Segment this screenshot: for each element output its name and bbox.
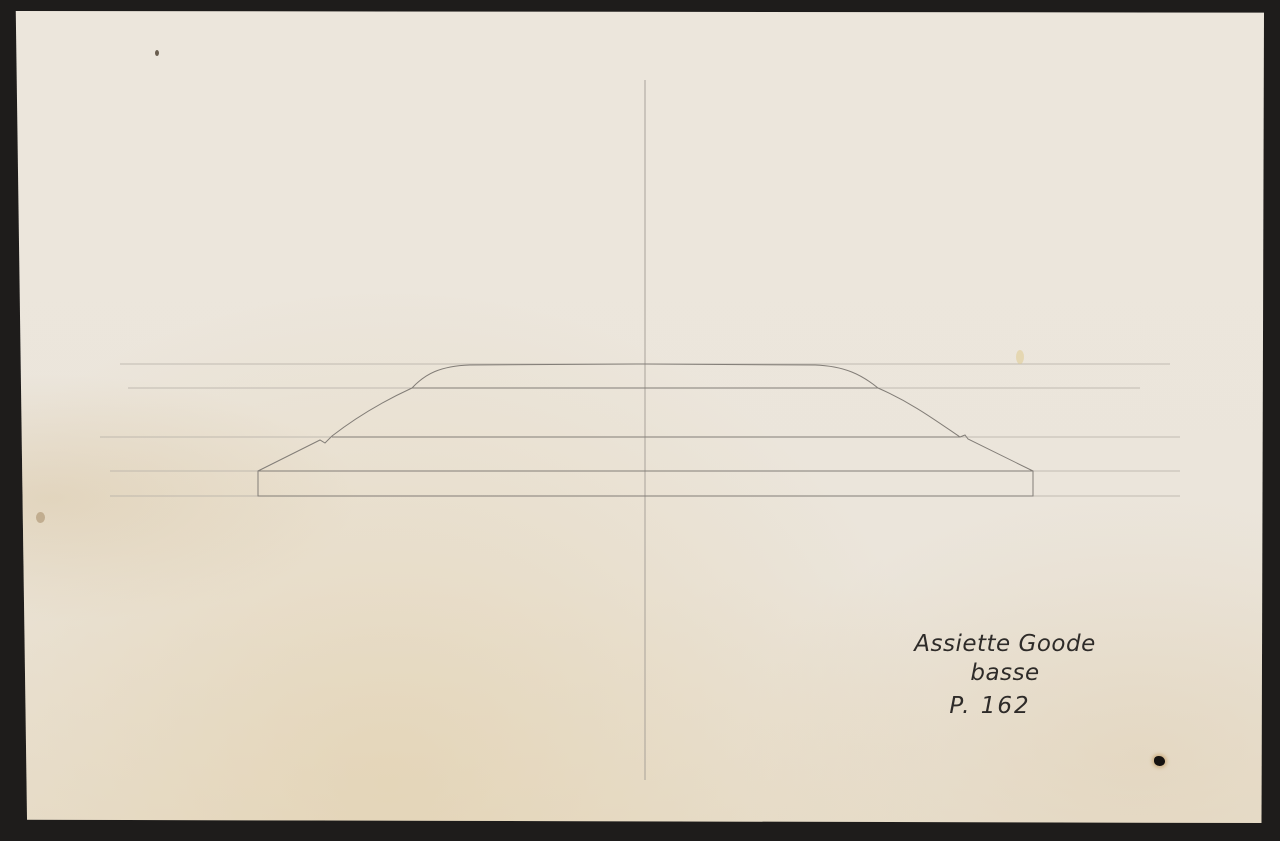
profile-outline bbox=[258, 364, 1033, 496]
paper-stain bbox=[36, 512, 45, 523]
caption-reference: P. 162 bbox=[860, 692, 1120, 721]
caption-title: Assiette Goode basse bbox=[890, 630, 1120, 688]
paper-stain bbox=[155, 50, 159, 56]
paper-hole bbox=[1154, 756, 1165, 766]
handwritten-caption: Assiette Goode basse P. 162 bbox=[890, 630, 1120, 720]
construction-lines bbox=[100, 364, 1180, 496]
paper-stain bbox=[1016, 350, 1024, 364]
